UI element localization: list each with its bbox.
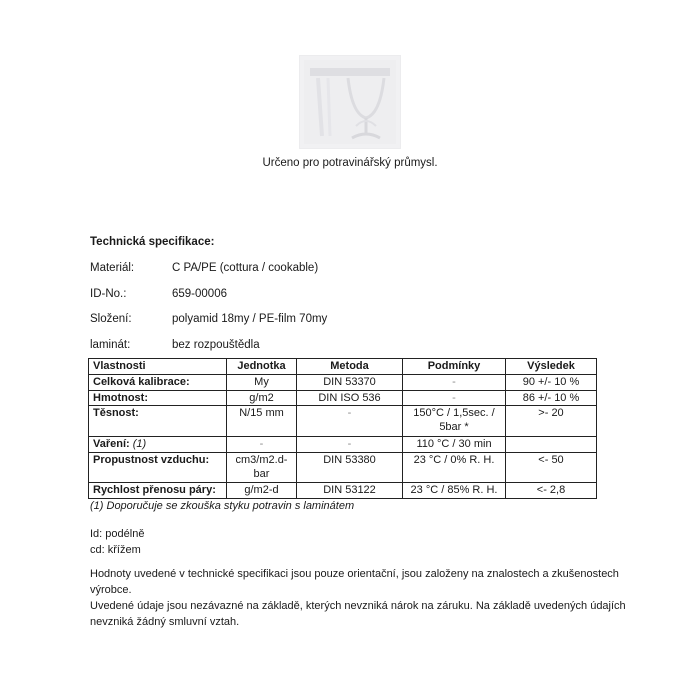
properties-table: Vlastnosti Jednotka Metoda Podmínky Výsl… xyxy=(88,358,597,499)
spec-title: Technická specifikace: xyxy=(90,236,214,248)
column-header: Vlastnosti xyxy=(89,359,227,375)
unit-cell: - xyxy=(227,437,297,453)
property-name: Vaření: (1) xyxy=(89,437,227,453)
spec-label: ID-No.: xyxy=(90,288,126,300)
result-cell: 90 +/- 10 % xyxy=(506,375,597,391)
result-cell: >- 20 xyxy=(506,406,597,437)
method-cell: DIN 53122 xyxy=(297,483,403,499)
spec-value: bez rozpouštědla xyxy=(172,339,260,351)
unit-cell: cm3/m2.d-bar xyxy=(227,453,297,483)
column-header: Jednotka xyxy=(227,359,297,375)
food-safe-glass-fork-icon xyxy=(299,55,401,149)
spec-value: C PA/PE (cottura / cookable) xyxy=(172,262,318,274)
table-row: Vaření: (1) - - 110 °C / 30 min xyxy=(89,437,597,453)
table-row: Hmotnost: g/m2 DIN ISO 536 - 86 +/- 10 % xyxy=(89,391,597,406)
property-name: Rychlost přenosu páry: xyxy=(89,483,227,499)
conditions-cell: 23 °C / 0% R. H. xyxy=(403,453,506,483)
usage-subtitle: Určeno pro potravinářský průmysl. xyxy=(0,157,700,169)
unit-cell: N/15 mm xyxy=(227,406,297,437)
footnote-ref: (1) xyxy=(133,438,146,450)
conditions-cell: 150°C / 1,5sec. / 5bar * xyxy=(403,406,506,437)
conditions-cell: - xyxy=(403,391,506,406)
method-cell: - xyxy=(297,437,403,453)
property-name: Hmotnost: xyxy=(89,391,227,406)
spec-label: Materiál: xyxy=(90,262,134,274)
table-header-row: Vlastnosti Jednotka Metoda Podmínky Výsl… xyxy=(89,359,597,375)
unit-cell: g/m2-d xyxy=(227,483,297,499)
property-name: Celková kalibrace: xyxy=(89,375,227,391)
method-cell: DIN 53380 xyxy=(297,453,403,483)
table-footnote: (1) Doporučuje se zkouška styku potravin… xyxy=(90,500,354,512)
unit-cell: g/m2 xyxy=(227,391,297,406)
conditions-cell: 23 °C / 85% R. H. xyxy=(403,483,506,499)
result-cell: 86 +/- 10 % xyxy=(506,391,597,406)
glass-fork-symbol xyxy=(300,56,400,148)
conditions-cell: 110 °C / 30 min xyxy=(403,437,506,453)
table-row: Těsnost: N/15 mm - 150°C / 1,5sec. / 5ba… xyxy=(89,406,597,437)
spec-value: polyamid 18my / PE-film 70my xyxy=(172,313,327,325)
spec-value: 659-00006 xyxy=(172,288,227,300)
property-name: Těsnost: xyxy=(89,406,227,437)
table-row: Rychlost přenosu páry: g/m2-d DIN 53122 … xyxy=(89,483,597,499)
abbreviation-cd: cd: křížem xyxy=(90,544,141,556)
result-cell: <- 50 xyxy=(506,453,597,483)
disclaimer-paragraph: Hodnoty uvedené v technické specifikaci … xyxy=(90,566,630,598)
column-header: Podmínky xyxy=(403,359,506,375)
liability-paragraph: Uvedené údaje jsou nezávazné na základě,… xyxy=(90,598,630,630)
table-row: Propustnost vzduchu: cm3/m2.d-bar DIN 53… xyxy=(89,453,597,483)
method-cell: DIN 53370 xyxy=(297,375,403,391)
property-name: Propustnost vzduchu: xyxy=(89,453,227,483)
conditions-cell: - xyxy=(403,375,506,391)
abbreviation-md: Id: podélně xyxy=(90,528,144,540)
spec-label: Složení: xyxy=(90,313,132,325)
column-header: Výsledek xyxy=(506,359,597,375)
result-cell xyxy=(506,437,597,453)
table-row: Celková kalibrace: My DIN 53370 - 90 +/-… xyxy=(89,375,597,391)
method-cell: DIN ISO 536 xyxy=(297,391,403,406)
result-cell: <- 2,8 xyxy=(506,483,597,499)
method-cell: - xyxy=(297,406,403,437)
spec-label: laminát: xyxy=(90,339,130,351)
column-header: Metoda xyxy=(297,359,403,375)
property-name-text: Vaření: xyxy=(93,438,130,450)
unit-cell: My xyxy=(227,375,297,391)
